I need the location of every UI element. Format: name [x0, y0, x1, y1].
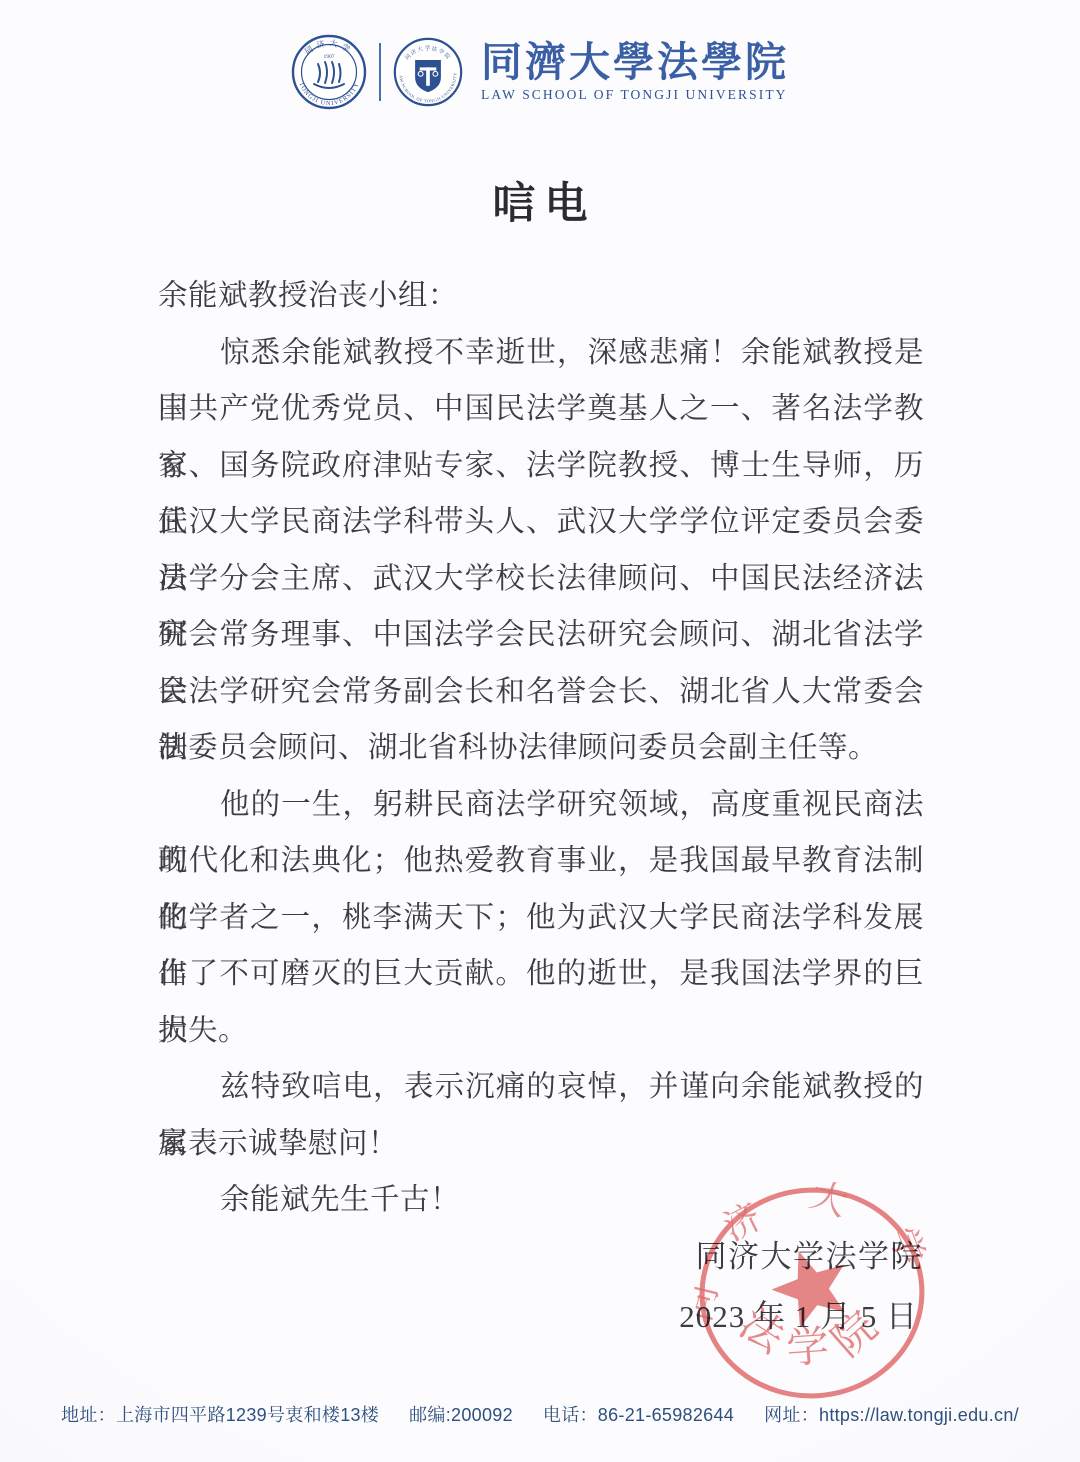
- body-line: 究会常务理事、中国法学会民法研究会顾问、湖北省法学会: [158, 607, 924, 664]
- document-page: 同济大学 1907 TONGJI UNIVERSITY 同济大学法学院: [0, 0, 1080, 1462]
- letterhead: 同济大学 1907 TONGJI UNIVERSITY 同济大学法学院: [0, 34, 1080, 110]
- body-line: 现代化和法典化；他热爱教育事业，是我国最早教育法制化: [158, 833, 924, 890]
- body-line: 损失。: [158, 1003, 924, 1060]
- body-line: 的学者之一，桃李满天下；他为武汉大学民商法学科发展作: [158, 890, 924, 947]
- letterhead-wordmark-en: LAW SCHOOL OF TONGJI UNIVERSITY: [481, 87, 788, 103]
- body-line: 国共产党优秀党员、中国民法学奠基人之一、著名法学教育: [158, 381, 924, 438]
- tongji-university-seal-icon: 同济大学 1907 TONGJI UNIVERSITY: [291, 34, 367, 110]
- body-line: 属表示诚挚慰问！: [158, 1116, 924, 1173]
- footer-website: 网址：https://law.tongji.edu.cn/: [764, 1401, 1019, 1427]
- letterhead-wordmark-cn: 同濟大學法學院: [481, 41, 789, 84]
- logo-divider: [379, 43, 381, 101]
- salutation-line: 余能斌教授治丧小组：: [158, 268, 924, 325]
- body-line: 出了不可磨灭的巨大贡献。他的逝世，是我国法学界的巨大: [158, 946, 924, 1003]
- body-line: 他的一生，躬耕民商法学研究领域，高度重视民商法的: [158, 777, 924, 834]
- document-title: 唁电: [0, 170, 1080, 231]
- footer-postcode: 邮编:200092: [409, 1401, 513, 1427]
- body-line: 法学分会主席、武汉大学校长法律顾问、中国民法经济法研: [158, 551, 924, 608]
- body-line: 惊悉余能斌教授不幸逝世，深感悲痛！余能斌教授是中: [158, 325, 924, 382]
- letterhead-wordmark-block: 同濟大學法學院 LAW SCHOOL OF TONGJI UNIVERSITY: [481, 41, 789, 103]
- body-line: 武汉大学民商法学科带头人、武汉大学学位评定委员会委员、: [158, 494, 924, 551]
- univ-seal-year-text: 1907: [324, 54, 335, 60]
- letter-body: 余能斌教授治丧小组： 惊悉余能斌教授不幸逝世，深感悲痛！余能斌教授是中 国共产党…: [158, 268, 924, 1229]
- body-line: 制委员会顾问、湖北省科协法律顾问委员会副主任等。: [158, 720, 924, 777]
- body-line: 家、国务院政府津贴专家、法学院教授、博士生导师，历任: [158, 438, 924, 495]
- footer-contact-bar: 地址：上海市四平路1239号衷和楼13楼 邮编:200092 电话：86-21-…: [0, 1401, 1080, 1427]
- body-line: 民法学研究会常务副会长和名誉会长、湖北省人大常委会法: [158, 664, 924, 721]
- footer-address: 地址：上海市四平路1239号衷和楼13楼: [61, 1401, 379, 1427]
- law-school-seal-icon: 同济大学法学院 LAW SCHOOL OF TONGJI UNIVERSITY: [393, 37, 463, 107]
- body-line: 兹特致唁电，表示沉痛的哀悼，并谨向余能斌教授的家: [158, 1059, 924, 1116]
- official-red-seal-stamp: 同济大学 法学院: [688, 1176, 937, 1410]
- footer-phone: 电话：86-21-65982644: [543, 1401, 734, 1427]
